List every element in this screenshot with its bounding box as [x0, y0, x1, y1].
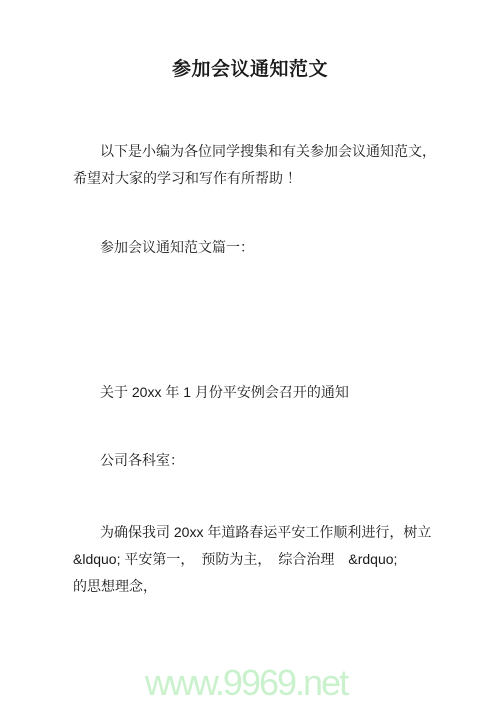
paragraph-body: 为确保我司 20xx 年道路春运平安工作顺利进行，树立 &ldquo; 平安第一…: [73, 519, 450, 600]
document-page: 参加会议通知范文 以下是小编为各位同学搜集和有关参加会议通知范文， 希望对大家的…: [0, 0, 500, 708]
watermark-text: www.9969.net: [145, 663, 347, 703]
paragraph-intro-line-2: 希望对大家的学习和写作有所帮助 ！: [73, 165, 450, 192]
paragraph-section-heading-line-1: 参加会议通知范文篇一：: [73, 234, 450, 261]
document-title: 参加会议通知范文: [0, 56, 500, 84]
paragraph-salutation-line-1: 公司各科室：: [73, 447, 450, 474]
paragraph-body-line-3: 的思想理念，: [73, 573, 450, 600]
paragraph-notice-title-line-1: 关于 20xx 年 1 月份平安例会召开的通知: [73, 379, 450, 406]
paragraph-body-line-2: &ldquo; 平安第一， 预防为主， 综合治理 &rdquo;: [73, 546, 450, 573]
paragraph-body-line-1: 为确保我司 20xx 年道路春运平安工作顺利进行，树立: [73, 519, 450, 546]
paragraph-salutation: 公司各科室：: [73, 447, 450, 474]
paragraph-notice-title: 关于 20xx 年 1 月份平安例会召开的通知: [73, 379, 450, 406]
paragraph-intro: 以下是小编为各位同学搜集和有关参加会议通知范文， 希望对大家的学习和写作有所帮助…: [73, 138, 450, 192]
paragraph-section-heading: 参加会议通知范文篇一：: [73, 234, 450, 261]
paragraph-intro-line-1: 以下是小编为各位同学搜集和有关参加会议通知范文，: [73, 138, 450, 165]
